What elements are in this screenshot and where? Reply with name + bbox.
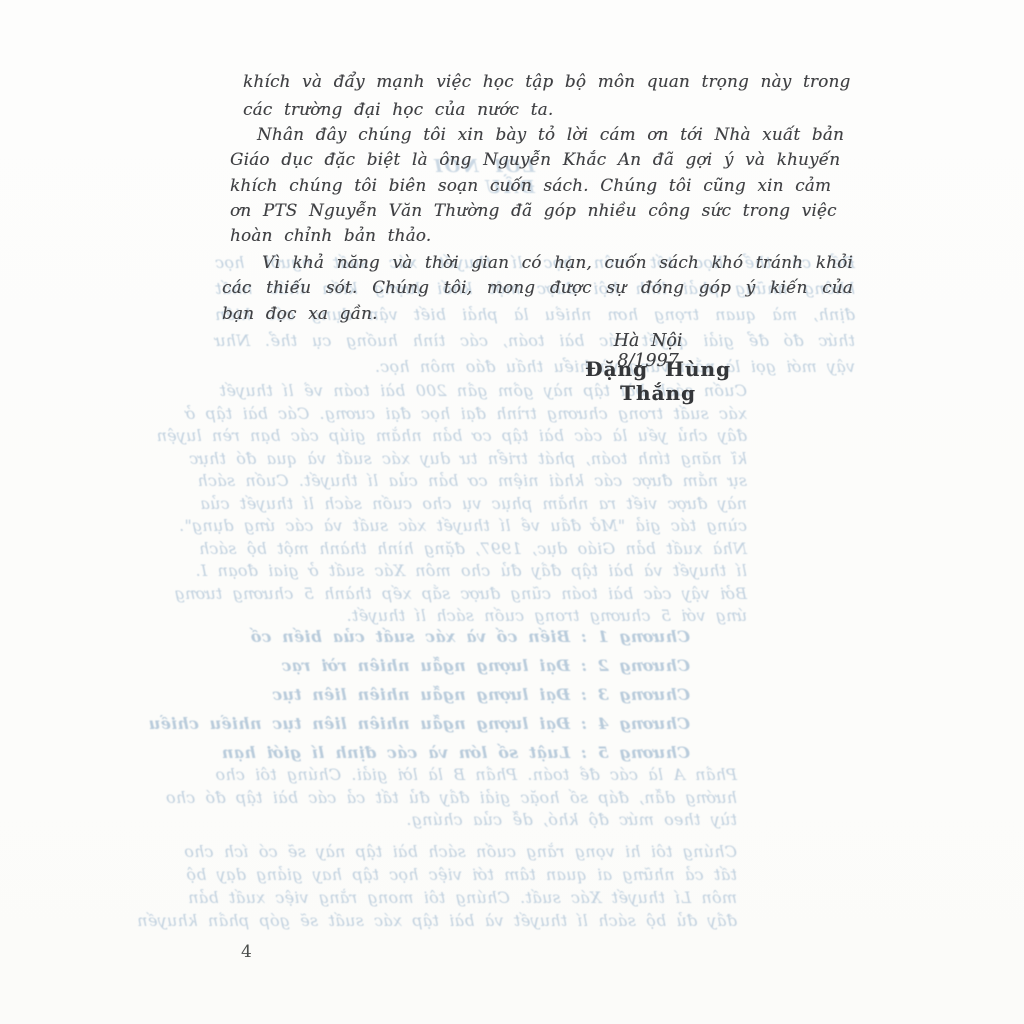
bleedthrough-line: Chương 1 : Biến cố và xác suất của biến … [330,622,690,651]
bleedthrough-line: tất cả những ai quan tâm tới việc học tậ… [222,863,737,886]
bleedthrough-line: Chương 4 : Đại lượng ngẫu nhiên liên tục… [330,709,690,738]
bleedthrough-line: kĩ năng tính toán, phát triển tư duy xác… [237,448,747,471]
bleedthrough-line: ứng với 5 chương trong cuốn sách lí thuy… [237,605,747,628]
text-line: Giáo dục đặc biệt là ông Nguyễn Khắc An … [230,147,819,172]
bleedthrough-chapter-list: Chương 1 : Biến cố và xác suất của biến … [330,622,690,767]
bleedthrough-paragraph-c: Phần A là các đề toán. Phần B là lời giả… [222,764,737,832]
bleedthrough-line: môn Lí thuyết Xác suất. Chúng tôi mong r… [222,886,737,909]
bleedthrough-line: lí thuyết và bài tập đầy đủ cho môn Xác … [237,560,747,583]
paragraph-3: Vì khả năng và thời gian có hạn, cuốn sá… [222,250,853,326]
bleedthrough-line: Phần A là các đề toán. Phần B là lời giả… [222,764,737,787]
bleedthrough-line: sự nắm được các khái niệm cơ bản của lí … [237,470,747,493]
bleedthrough-line: này được viết ra nhằm phục vụ cho cuốn s… [237,493,747,516]
text-line: khích chúng tôi biên soạn cuốn sách. Chú… [230,173,819,198]
author-signature: Đặng Hùng Thắng [553,357,763,405]
text-line: Nhân đây chúng tôi xin bày tỏ lời cám ơn… [230,122,819,147]
bleedthrough-line: thức đó để giải quyết các bài toán, các … [215,328,855,354]
bleedthrough-line: đầy đủ bộ sách lí thuyết và bài tập xác … [222,909,737,932]
bleedthrough-line: hướng dẫn, đáp số hoặc giải đầy đủ tất c… [222,787,737,810]
bleedthrough-line: Bởi vậy các bài toán cũng được sắp xếp t… [237,583,747,606]
text-line: bạn đọc xa gần. [222,301,853,326]
text-line: ơn PTS Nguyễn Văn Thường đã góp nhiều cô… [230,198,819,223]
bleedthrough-line: xác suất trong chương trình đại học đại … [237,403,747,426]
bleedthrough-paragraph-b: Cuốn sách bài tập này gồm gần 200 bài to… [237,380,747,628]
bleedthrough-line: Chúng tôi hi vọng rằng cuốn sách bài tập… [222,840,737,863]
paragraph-2: Nhân đây chúng tôi xin bày tỏ lời cám ơn… [230,122,819,248]
text-line: các thiếu sót. Chúng tôi, mong được sự đ… [222,275,853,300]
bleedthrough-line: cùng tác giả "Mở đầu về lí thuyết xác su… [237,515,747,538]
text-line: hoàn chỉnh bản thảo. [230,223,819,248]
bleedthrough-line: Chương 5 : Luật số lớn và các định lí gi… [330,738,690,767]
page-number: 4 [241,942,252,962]
paragraph-1: khích và đẩy mạnh việc học tập bộ môn qu… [243,68,820,123]
bleedthrough-line: Nhà xuất bản Giáo dục, 1997, đặng hình t… [237,538,747,561]
bleedthrough-line: Chương 3 : Đại lượng ngẫu nhiên liên tục [330,680,690,709]
text-line: Vì khả năng và thời gian có hạn, cuốn sá… [222,250,853,275]
text-line: khích và đẩy mạnh việc học tập bộ môn qu… [243,68,820,96]
text-line: các trường đại học của nước ta. [243,96,820,124]
scanned-book-page: LỜI NÓI ĐẦU Để có thể học tốt môn học lí… [0,0,1024,1024]
bleedthrough-paragraph-d: Chúng tôi hi vọng rằng cuốn sách bài tập… [222,840,737,932]
bleedthrough-line: Chương 2 : Đại lượng ngẫu nhiên rời rạc [330,651,690,680]
bleedthrough-line: tùy theo mức độ khó, dễ của chúng. [222,809,737,832]
bleedthrough-line: đây chủ yếu là các bài tập cơ bản nhằm g… [237,425,747,448]
